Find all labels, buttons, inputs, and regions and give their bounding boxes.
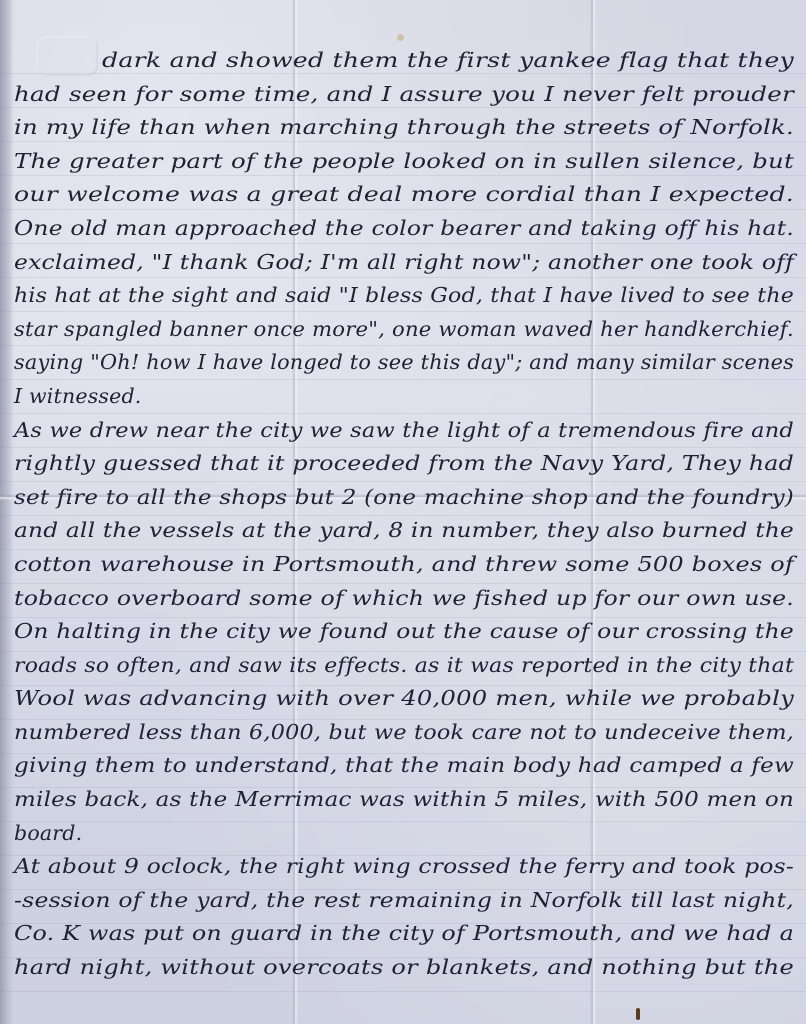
paper-stain [397,34,404,41]
handwritten-letter-body: dark and showed them the first yankee fl… [14,44,804,985]
letter-line: -session of the yard, the rest remaining… [14,884,804,918]
letter-line: and all the vessels at the yard, 8 in nu… [14,514,804,548]
letter-line: star spangled banner once more", one wom… [14,313,804,347]
letter-line: cotton warehouse in Portsmouth, and thre… [14,548,804,582]
letter-line: set fire to all the shops but 2 (one mac… [14,481,804,515]
letter-line: rightly guessed that it proceeded from t… [14,447,804,481]
letter-line: in my life than when marching through th… [14,111,804,145]
letter-line: our welcome was a great deal more cordia… [14,178,804,212]
letter-line: saying "Oh! how I have longed to see thi… [14,346,804,380]
letter-line: had seen for some time, and I assure you… [14,78,804,112]
letter-line: hard night, without overcoats or blanket… [14,951,804,985]
letter-line: The greater part of the people looked on… [14,145,804,179]
letter-line: Wool was advancing with over 40,000 men,… [14,682,804,716]
letter-line: tobacco overboard some of which we fishe… [14,582,804,616]
letter-line: On halting in the city we found out the … [14,615,804,649]
letter-line: roads so often, and saw its effects. as … [14,649,804,683]
letter-line: One old man approached the color bearer … [14,212,804,246]
letter-line: his hat at the sight and said "I bless G… [14,279,804,313]
letter-line: dark and showed them the first yankee fl… [14,44,804,78]
letter-line: I witnessed. [14,380,804,414]
ink-blot [636,1008,640,1020]
letter-line: numbered less than 6,000, but we took ca… [14,716,804,750]
letter-line: At about 9 oclock, the right wing crosse… [14,850,804,884]
letter-line: giving them to understand, that the main… [14,749,804,783]
letter-page: dark and showed them the first yankee fl… [0,0,806,1024]
letter-line: exclaimed, "I thank God; I'm all right n… [14,246,804,280]
letter-line: Co. K was put on guard in the city of Po… [14,917,804,951]
letter-line: miles back, as the Merrimac was within 5… [14,783,804,817]
letter-line: board. [14,817,804,851]
letter-line: As we drew near the city we saw the ligh… [14,414,804,448]
